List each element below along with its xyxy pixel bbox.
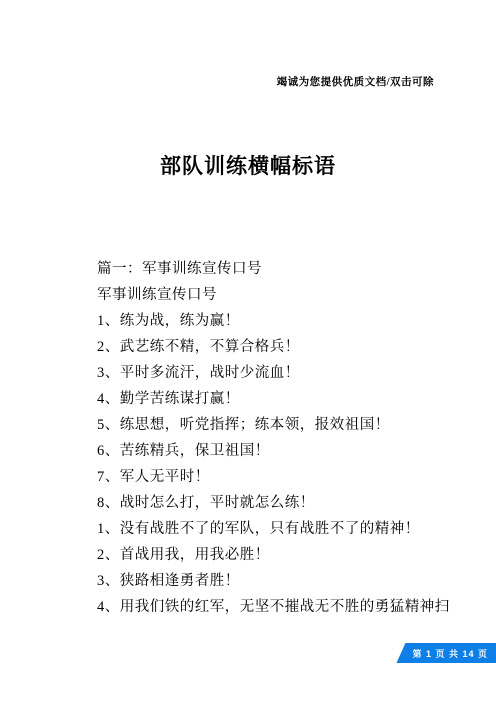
paragraph-line: 3、平时多流汗，战时少流血！ — [97, 360, 456, 386]
paragraph-line: 篇一：军事训练宣传口号 — [97, 256, 456, 282]
paragraph-line: 1、没有战胜不了的军队，只有战胜不了的精神！ — [97, 516, 456, 542]
document-title: 部队训练横幅标语 — [0, 150, 496, 180]
paragraph-line: 7、军人无平时！ — [97, 464, 456, 490]
paragraph-line: 4、勤学苦练谋打赢！ — [97, 386, 456, 412]
page-number-badge[interactable]: 第 1 页 共 14 页 — [396, 643, 496, 663]
paragraph-line: 4、用我们铁的红军，无坚不摧战无不胜的勇猛精神扫 — [97, 594, 456, 620]
header-note: 竭诚为您提供优质文档/双击可除 — [277, 74, 434, 89]
paragraph-line: 2、武艺练不精，不算合格兵！ — [97, 334, 456, 360]
paragraph-line: 3、狭路相逢勇者胜！ — [97, 568, 456, 594]
paragraph-line: 军事训练宣传口号 — [97, 282, 456, 308]
paragraph-line: 6、苦练精兵，保卫祖国！ — [97, 438, 456, 464]
paragraph-line: 8、战时怎么打，平时就怎么练！ — [97, 490, 456, 516]
document-page: 竭诚为您提供优质文档/双击可除 部队训练横幅标语 篇一：军事训练宣传口号军事训练… — [0, 0, 496, 702]
paragraph-line: 5、练思想，听党指挥；练本领，报效祖国！ — [97, 412, 456, 438]
paragraph-line: 1、练为战，练为赢！ — [97, 308, 456, 334]
paragraph-line: 2、首战用我，用我必胜！ — [97, 542, 456, 568]
document-body: 篇一：军事训练宣传口号军事训练宣传口号1、练为战，练为赢！2、武艺练不精，不算合… — [97, 256, 456, 620]
